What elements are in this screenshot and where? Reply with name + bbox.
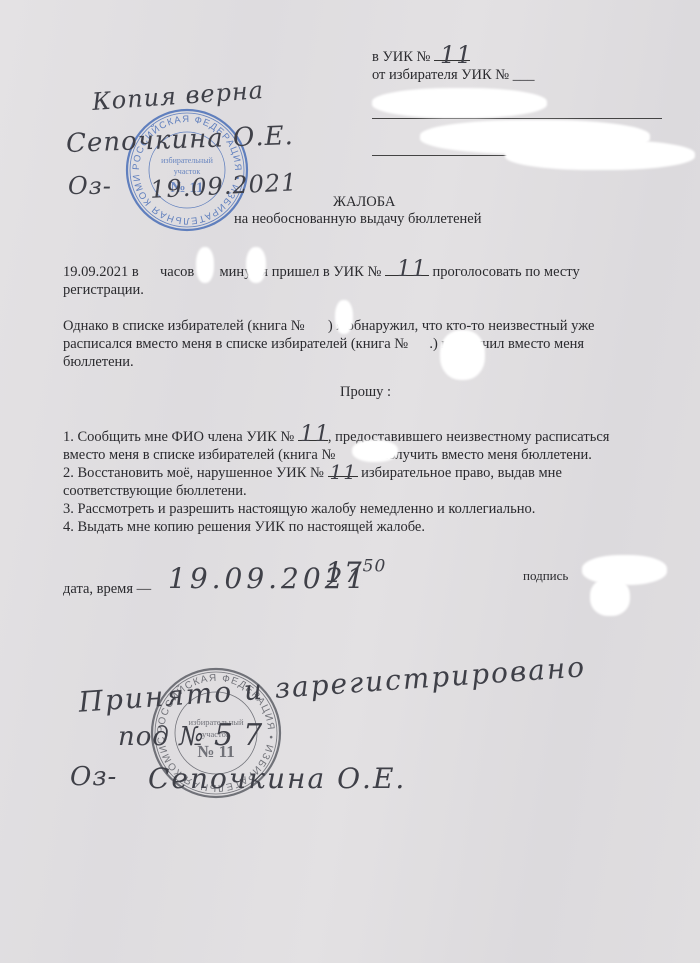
redaction-minutes <box>246 247 266 283</box>
request-item-1-line-2: вместо меня в списке избирателей (книга … <box>63 446 592 464</box>
text-fragment: избирательное право, выдав мне <box>361 465 562 481</box>
request-item-1-line-1: 1. Сообщить мне ФИО члена УИК № 11 , пре… <box>63 428 609 446</box>
document-title: ЖАЛОБА <box>333 193 395 211</box>
uik-blank: 11 <box>328 476 358 477</box>
redaction-signature <box>582 555 667 585</box>
text-fragment: в <box>132 264 139 280</box>
sender-label: от избирателя УИК № <box>372 67 509 83</box>
time-handwritten: 1750 <box>325 556 386 589</box>
complaint-document: в УИК № 11 от избирателя УИК № ___ РОССИ… <box>0 0 700 963</box>
sender-line: от избирателя УИК № ___ <box>372 66 535 84</box>
addressee-label: в УИК № <box>372 49 430 65</box>
redaction-address-2 <box>505 140 695 170</box>
paragraph-1-line-2: регистрации. <box>63 281 144 299</box>
text-fragment: 2. Восстановить моё, нарушенное УИК № <box>63 465 324 481</box>
uik-blank: 11 <box>385 275 429 276</box>
registration-number-handwritten: под № 57 <box>118 718 272 753</box>
text-fragment: вместо меня в списке избирателей (книга … <box>63 447 335 463</box>
stamp-top-line1: избирательный <box>161 156 213 165</box>
text-fragment: часов <box>160 264 194 280</box>
redaction-book-number-3 <box>352 440 398 462</box>
certifier-name-handwritten: Сепочкина О.Е. <box>66 121 295 159</box>
registration-number-value: 57 <box>214 718 272 753</box>
request-item-2-line-2: соответствующие бюллетени. <box>63 482 247 500</box>
certifier-signature-handwritten: Оз- <box>68 172 112 200</box>
registration-number-prefix: под № <box>118 722 205 752</box>
request-item-3: 3. Рассмотреть и разрешить настоящую жал… <box>63 500 535 518</box>
address-rule-1 <box>372 118 662 119</box>
addressee-uik-blank: 11 <box>434 60 470 61</box>
addressee-line: в УИК № 11 <box>372 48 470 66</box>
sender-uik-blank: ___ <box>513 67 535 83</box>
request-item-2-line-1: 2. Восстановить моё, нарушенное УИК № 11… <box>63 464 562 482</box>
signature-label: подпись <box>523 567 568 585</box>
redaction-hours <box>196 247 214 283</box>
document-subtitle: на необоснованную выдачу бюллетеней <box>234 210 482 228</box>
registrar-signature-handwritten: Оз- <box>70 762 117 792</box>
redaction-book-number-2 <box>440 330 485 380</box>
time-minutes: 50 <box>363 557 387 577</box>
paragraph-2-line-3: бюллетени. <box>63 353 134 371</box>
registrar-name-handwritten: Сепочкина О.Е. <box>148 762 406 795</box>
redaction-book-number-1 <box>335 300 353 334</box>
redaction-name <box>372 88 547 118</box>
uik-blank: 11 <box>298 440 328 441</box>
text-fragment: расписался вместо меня в списке избирате… <box>63 336 408 352</box>
uik-handwritten: 11 <box>397 261 427 279</box>
text-fragment: проголосовать по месту <box>433 264 580 280</box>
uik-handwritten: 11 <box>330 463 357 481</box>
paragraph-2-line-1: Однако в списке избирателей (книга № ) я… <box>63 317 595 335</box>
text-fragment: 1. Сообщить мне ФИО члена УИК № <box>63 429 294 445</box>
text-fragment: минут я пришел в УИК № <box>220 264 382 280</box>
redaction-signature-2 <box>590 578 630 616</box>
addressee-uik-handwritten: 11 <box>440 46 473 64</box>
text-fragment: Однако в списке избирателей (книга № <box>63 318 305 334</box>
paragraph-1-line-1: 19.09.2021 в часов минут я пришел в УИК … <box>63 263 580 281</box>
visit-date: 19.09.2021 <box>63 264 128 280</box>
date-time-label: дата, время — <box>63 580 151 598</box>
paragraph-2-line-2: расписался вместо меня в списке избирате… <box>63 335 584 353</box>
request-heading: Прошу : <box>340 383 391 401</box>
uik-handwritten: 11 <box>300 426 330 444</box>
text-fragment: получить вместо меня бюллетени. <box>381 447 592 463</box>
registration-note-handwritten: Принято и зарегистрировано <box>77 650 587 718</box>
request-item-4: 4. Выдать мне копию решения УИК по насто… <box>63 518 425 536</box>
time-hours: 17 <box>325 556 363 589</box>
